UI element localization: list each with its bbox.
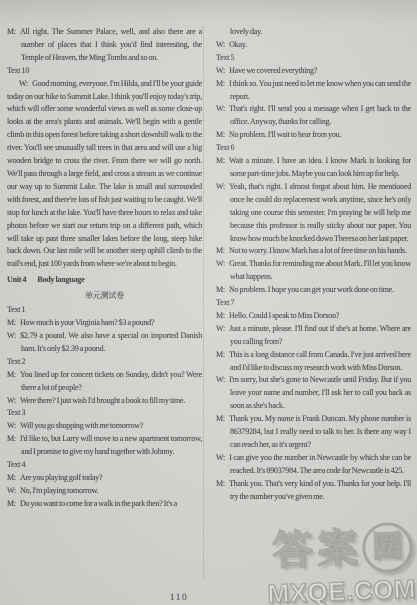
dialogue-text: Will you go shopping with me tomorrow?: [20, 421, 143, 430]
unit-heading: Unit 4Body language: [7, 271, 202, 288]
dialogue-text: $2.79 a pound. We also have a special on…: [20, 331, 202, 353]
dialogue-text: No, I'm playing tomorrow.: [20, 486, 98, 495]
dialogue-line: W:Were there? I just wish I'd brought a …: [7, 395, 202, 408]
speaker-label: W:: [7, 486, 20, 495]
dialogue-text: Not to worry. I know Mark has a lot of f…: [229, 246, 407, 255]
dialogue-text: I'm sorry, but she's gone to Newcastle u…: [229, 375, 411, 410]
speaker-label: M:: [7, 318, 20, 327]
dialogue-text: Do you want to come for a walk in the pa…: [20, 499, 177, 508]
dialogue-line: W:Great. Thanks for reminding me about M…: [216, 258, 411, 284]
dialogue-line: M:Hello. Could I speak to Miss Dorson?: [216, 310, 411, 323]
dialogue-line: M:Thank you. My name is Frank Duncan. My…: [216, 413, 411, 452]
two-column-text-area: M:All right. The Summer Palace, well, an…: [7, 26, 411, 587]
dialogue-text: Are you playing golf today?: [20, 473, 102, 482]
dialogue-line: W:Okay.: [216, 39, 411, 52]
text-section-label: Text 7: [216, 297, 411, 310]
continuation-line: lovely day.: [216, 26, 411, 39]
dialogue-line: W:Will you go shopping with me tomorrow?: [7, 420, 202, 433]
dialogue-text: Wait a minute. I have an idea. I know Ma…: [229, 156, 411, 178]
dialogue-line: M:No problem. I hope you can get your wo…: [216, 284, 411, 297]
speaker-label: W:: [216, 259, 229, 268]
speaker-label: W:: [7, 331, 20, 340]
text-section-label: Text 3: [7, 407, 202, 420]
dialogue-text: I think so. You just need to let me know…: [229, 79, 411, 101]
dialogue-text: All right. The Summer Palace, well, and …: [20, 27, 202, 62]
scanned-page: M:All right. The Summer Palace, well, an…: [0, 0, 417, 605]
unit-subheading: 单元测试卷: [7, 288, 202, 304]
column-divider: [203, 27, 204, 579]
text-section-label: Text 6: [216, 142, 411, 155]
dialogue-line: W:Just a minute, please. I'll find out i…: [216, 323, 411, 349]
dialogue-line: M:Thank you. That's very kind of you. Th…: [216, 478, 411, 504]
right-column: lovely day.W:Okay.Text 5W:Have we covere…: [216, 26, 411, 587]
text-section-label: Text 1: [7, 304, 202, 317]
speaker-label: W:: [19, 79, 32, 88]
dialogue-text: Great. Thanks for reminding me about Mar…: [229, 259, 411, 281]
dialogue-line: W:That's right. I'll send you a message …: [216, 103, 411, 129]
speaker-label: M:: [216, 285, 229, 294]
speaker-label: M:: [7, 434, 20, 443]
speaker-label: W:: [216, 182, 229, 191]
speaker-label: M:: [216, 479, 229, 488]
dialogue-text: How much is your Virginia ham? $3 a poun…: [20, 318, 154, 327]
dialogue-line: M:How much is your Virginia ham? $3 a po…: [7, 317, 202, 330]
speaker-label: W:: [216, 40, 229, 49]
unit-title: Body language: [37, 275, 84, 284]
speaker-label: M:: [216, 130, 229, 139]
dialogue-line: M:No problem. I'll wait to hear from you…: [216, 129, 411, 142]
dialogue-line: M:I think so. You just need to let me kn…: [216, 78, 411, 104]
speaker-label: M:: [216, 414, 229, 423]
dialogue-line: W:I can give you the number in Newcastle…: [216, 452, 411, 478]
dialogue-line: M:Are you playing golf today?: [7, 472, 202, 485]
speaker-label: W:: [7, 421, 20, 430]
dialogue-text: No problem. I'll wait to hear from you.: [229, 130, 341, 139]
speaker-label: W:: [216, 66, 229, 75]
dialogue-line: W:No, I'm playing tomorrow.: [7, 485, 202, 498]
dialogue-line: M:Wait a minute. I have an idea. I know …: [216, 155, 411, 181]
dialogue-line: W:I'm sorry, but she's gone to Newcastle…: [216, 374, 411, 413]
dialogue-line: W:Yeah, that's right. I almost forgot ab…: [216, 181, 411, 246]
text-section-label: Text 5: [216, 52, 411, 65]
dialogue-line: W:Have we covered everything?: [216, 65, 411, 78]
text-section-label: Text 10: [7, 65, 202, 78]
speaker-label: W:: [216, 375, 229, 384]
speaker-label: M:: [7, 473, 20, 482]
dialogue-text: That's right. I'll send you a message wh…: [229, 104, 411, 126]
page-number: 110: [157, 593, 201, 603]
dialogue-line: M:Do you want to come for a walk in the …: [7, 498, 202, 511]
speaker-label: W:: [216, 453, 229, 462]
dialogue-line: M:All right. The Summer Palace, well, an…: [7, 26, 202, 65]
speaker-label: M:: [7, 27, 20, 36]
speaker-label: M:: [7, 370, 20, 379]
dialogue-text: Thank you. My name is Frank Duncan. My p…: [229, 414, 411, 449]
dialogue-text: Yeah, that's right. I almost forgot abou…: [229, 182, 411, 243]
dialogue-line: M:Not to worry. I know Mark has a lot of…: [216, 245, 411, 258]
speaker-label: W:: [7, 396, 20, 405]
unit-number: Unit 4: [7, 275, 26, 284]
dialogue-text: Hello. Could I speak to Miss Dorson?: [229, 311, 339, 320]
text-section-label: Text 2: [7, 356, 202, 369]
dialogue-line: M:I'd like to, but Larry will move to a …: [7, 433, 202, 459]
speaker-label: M:: [216, 246, 229, 255]
speaker-label: M:: [216, 350, 229, 359]
dialogue-text: Were there? I just wish I'd brought a bo…: [20, 396, 185, 405]
dialogue-text: This is a long distance call from Canada…: [229, 350, 411, 372]
monologue-line: W:Good morning, everyone. I'm Hilda, and…: [7, 78, 202, 272]
left-column: M:All right. The Summer Palace, well, an…: [7, 26, 202, 587]
speaker-label: M:: [216, 79, 229, 88]
dialogue-line: W:$2.79 a pound. We also have a special …: [7, 330, 202, 356]
speaker-label: M:: [216, 311, 229, 320]
text-section-label: Text 4: [7, 459, 202, 472]
dialogue-text: Have we covered everything?: [229, 66, 317, 75]
dialogue-line: M:This is a long distance call from Cana…: [216, 349, 411, 375]
dialogue-line: M:You lined up for concert tickets on Su…: [7, 369, 202, 395]
dialogue-text: I'd like to, but Larry will move to a ne…: [20, 434, 202, 456]
speaker-label: W:: [216, 324, 229, 333]
dialogue-text: Thank you. That's very kind of you. Than…: [229, 479, 411, 501]
dialogue-text: I can give you the number in Newcastle b…: [229, 453, 411, 475]
dialogue-text: lovely day.: [230, 27, 262, 36]
speaker-label: M:: [7, 499, 20, 508]
dialogue-text: Okay.: [229, 40, 247, 49]
dialogue-text: Just a minute, please. I'll find out if …: [229, 324, 411, 346]
speaker-label: M:: [216, 156, 229, 165]
dialogue-text: No problem. I hope you can get your work…: [229, 285, 394, 294]
dialogue-text: Good morning, everyone. I'm Hilda, and I…: [7, 79, 202, 269]
dialogue-text: You lined up for concert tickets on Sund…: [20, 370, 202, 392]
speaker-label: W:: [216, 104, 229, 113]
